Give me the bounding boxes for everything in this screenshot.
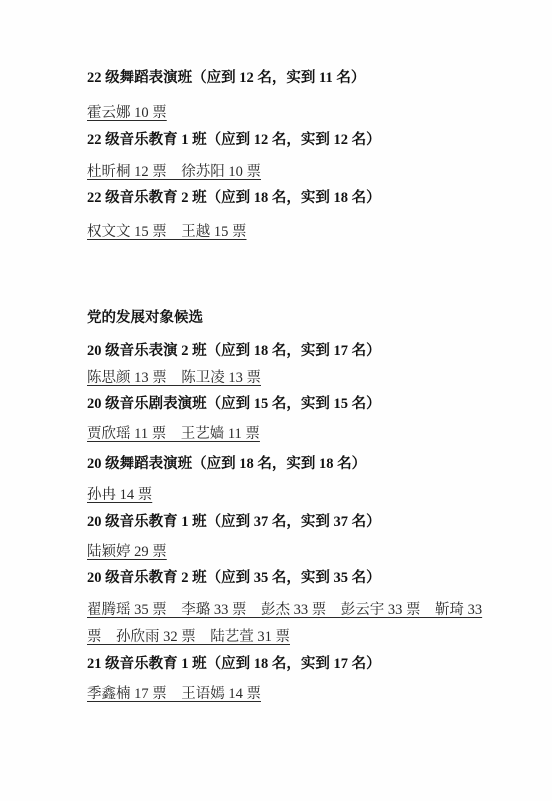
nominees-20-musical-theatre: 贾欣瑶 11 票 王艺嫱 11 票 [87, 425, 260, 443]
nominees-21-music-edu-1: 季鑫楠 17 票 王语嫣 14 票 [87, 685, 261, 703]
class-heading-20-musical-theatre: 20 级音乐剧表演班（应到 15 名，实到 15 名） [87, 395, 381, 413]
class-heading-22-music-edu-1: 22 级音乐教育 1 班（应到 12 名，实到 12 名） [87, 131, 381, 149]
nominees-22-music-edu-1: 杜昕桐 12 票 徐苏阳 10 票 [87, 163, 261, 181]
nominees-20-dance: 孙冉 14 票 [87, 486, 152, 504]
class-heading-22-music-edu-2: 22 级音乐教育 2 班（应到 18 名，实到 18 名） [87, 189, 381, 207]
section-title-party-candidates: 党的发展对象候选 [87, 309, 203, 327]
document-page: 22 级舞蹈表演班（应到 12 名，实到 11 名） 霍云娜 10 票 22 级… [0, 0, 552, 801]
class-heading-20-music-edu-1: 20 级音乐教育 1 班（应到 37 名，实到 37 名） [87, 513, 381, 531]
nominees-20-music-perf-2: 陈思颜 13 票 陈卫凌 13 票 [87, 369, 261, 387]
class-heading-20-music-perf-2: 20 级音乐表演 2 班（应到 18 名，实到 17 名） [87, 342, 381, 360]
nominees-20-music-edu-1: 陆颖婷 29 票 [87, 543, 167, 561]
nominees-20-music-edu-2-line2: 票 孙欣雨 32 票 陆艺萱 31 票 [87, 628, 290, 646]
class-heading-20-dance: 20 级舞蹈表演班（应到 18 名，实到 18 名） [87, 455, 366, 473]
class-heading-21-music-edu-1: 21 级音乐教育 1 班（应到 18 名，实到 17 名） [87, 655, 381, 673]
nominees-22-dance: 霍云娜 10 票 [87, 104, 167, 122]
nominees-22-music-edu-2: 权文文 15 票 王越 15 票 [87, 223, 247, 241]
class-heading-22-dance: 22 级舞蹈表演班（应到 12 名，实到 11 名） [87, 69, 365, 87]
nominees-20-music-edu-2-line1: 翟腾瑶 35 票 李璐 33 票 彭杰 33 票 彭云宇 33 票 靳琦 33 [87, 601, 482, 619]
class-heading-20-music-edu-2: 20 级音乐教育 2 班（应到 35 名，实到 35 名） [87, 569, 381, 587]
